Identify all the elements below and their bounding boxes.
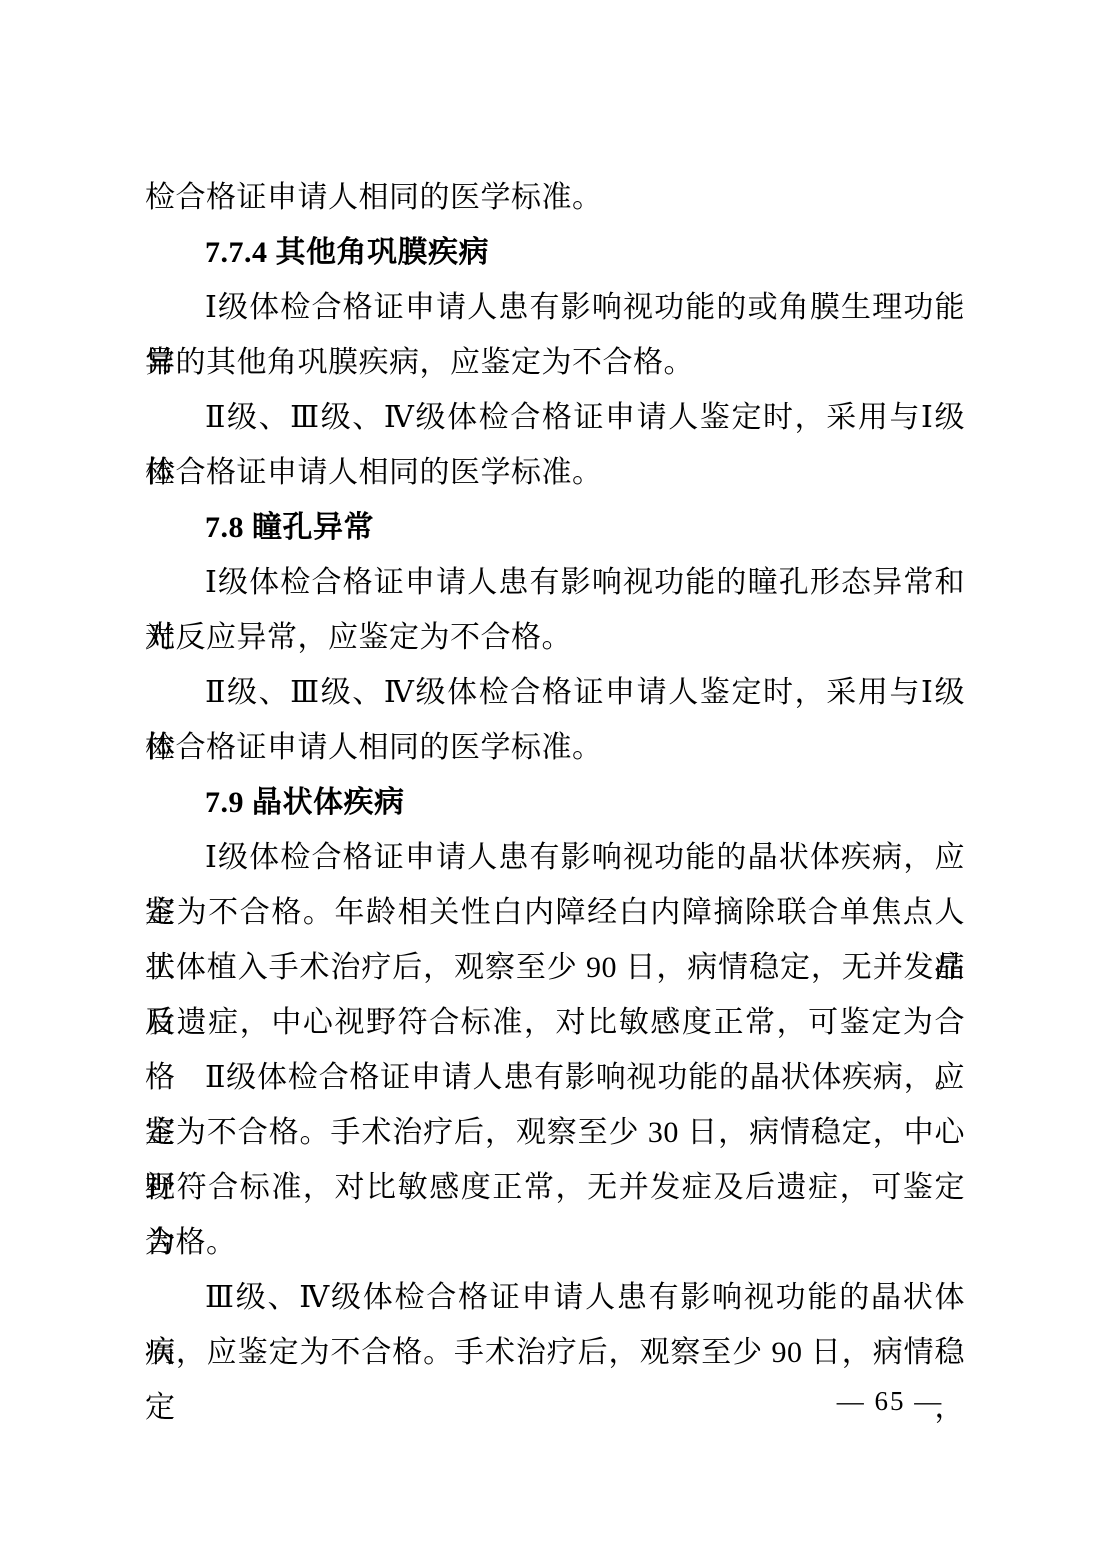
body-line: Ⅱ级、Ⅲ级、Ⅳ级体检合格证申请人鉴定时，采用与Ⅰ级体 xyxy=(145,665,965,720)
document-page: 检合格证申请人相同的医学标准。 7.7.4 其他角巩膜疾病 Ⅰ级体检合格证申请人… xyxy=(0,0,1103,1560)
body-line: 状体植入手术治疗后，观察至少 90 日，病情稳定，无并发症及 xyxy=(145,940,965,995)
body-line: 常的其他角巩膜疾病，应鉴定为不合格。 xyxy=(145,335,965,390)
body-line: 定为不合格。手术治疗后，观察至少 30 日，病情稳定，中心视 xyxy=(145,1105,965,1160)
body-line: 定为不合格。年龄相关性白内障经白内障摘除联合单焦点人工晶 xyxy=(145,885,965,940)
body-line: 病，应鉴定为不合格。手术治疗后，观察至少 90 日，病情稳定， xyxy=(145,1325,965,1380)
section-heading-774: 7.7.4 其他角巩膜疾病 xyxy=(145,225,965,280)
body-line: Ⅱ级、Ⅲ级、Ⅳ级体检合格证申请人鉴定时，采用与Ⅰ级体 xyxy=(145,390,965,445)
body-line: 光反应异常，应鉴定为不合格。 xyxy=(145,610,965,665)
body-line: 检合格证申请人相同的医学标准。 xyxy=(145,445,965,500)
body-line: Ⅰ级体检合格证申请人患有影响视功能的瞳孔形态异常和对 xyxy=(145,555,965,610)
body-line: 合格。 xyxy=(145,1215,965,1270)
body-line: Ⅰ级体检合格证申请人患有影响视功能的晶状体疾病，应鉴 xyxy=(145,830,965,885)
body-line: Ⅲ级、Ⅳ级体检合格证申请人患有影响视功能的晶状体疾 xyxy=(145,1270,965,1325)
body-line: Ⅰ级体检合格证申请人患有影响视功能的或角膜生理功能异 xyxy=(145,280,965,335)
body-line: 野符合标准，对比敏感度正常，无并发症及后遗症，可鉴定为 xyxy=(145,1160,965,1215)
page-number: — 65 — xyxy=(830,1383,950,1419)
section-heading-79: 7.9 晶状体疾病 xyxy=(145,775,965,830)
body-line: Ⅱ级体检合格证申请人患有影响视功能的晶状体疾病，应鉴 xyxy=(145,1050,965,1105)
body-line: 检合格证申请人相同的医学标准。 xyxy=(145,720,965,775)
section-heading-78: 7.8 瞳孔异常 xyxy=(145,500,965,555)
document-text-block: 检合格证申请人相同的医学标准。 7.7.4 其他角巩膜疾病 Ⅰ级体检合格证申请人… xyxy=(145,170,965,1380)
body-line: 检合格证申请人相同的医学标准。 xyxy=(145,170,965,225)
body-line: 后遗症，中心视野符合标准，对比敏感度正常，可鉴定为合格。 xyxy=(145,995,965,1050)
